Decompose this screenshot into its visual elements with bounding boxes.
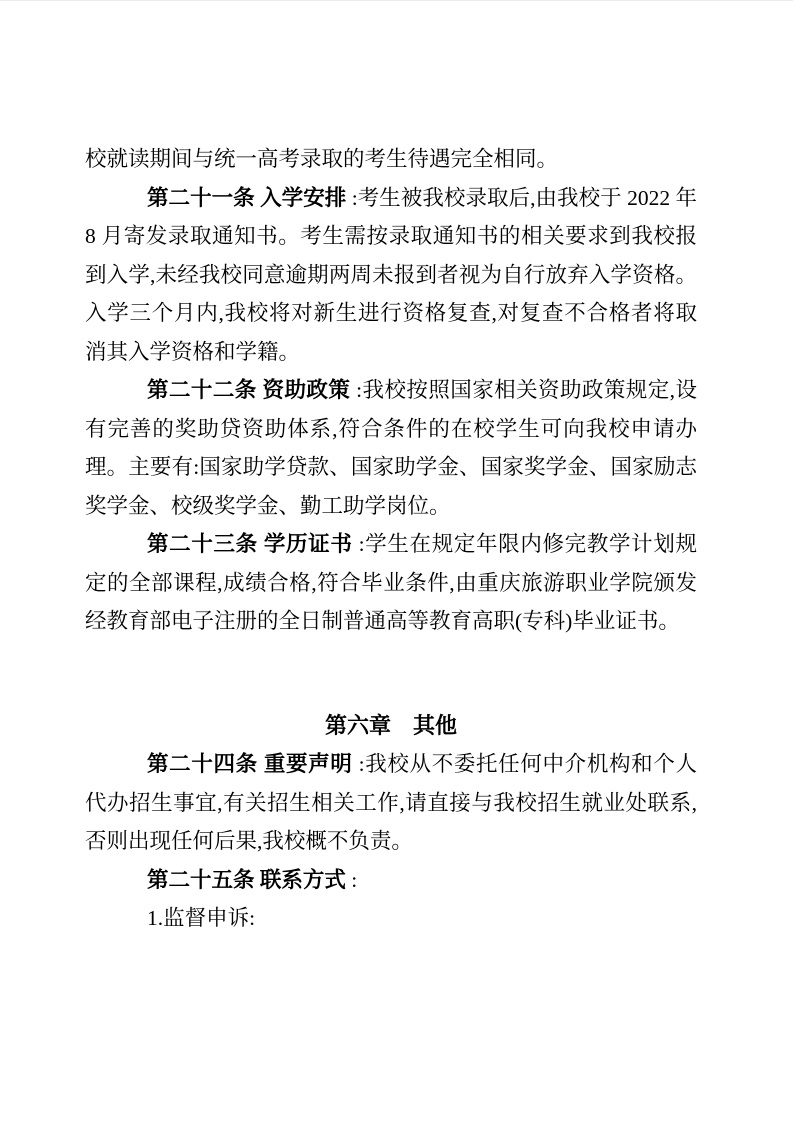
article-21-body: :考生被我校录取后,由我校于 2022 年 8 月寄发录取通知书。考生需按录取通…	[85, 186, 697, 364]
article-22-lead: 第二十二条 资助政策	[147, 378, 350, 402]
continuation-text: 校就读期间与统一高考录取的考生待遇完全相同。	[85, 147, 558, 171]
contact-list-item-paragraph: 1.监督申诉:	[85, 899, 697, 938]
contact-list-item-text: 1.监督申诉:	[147, 906, 255, 930]
chapter-6-heading: 第六章 其他	[85, 707, 697, 746]
page-top-edge	[0, 0, 793, 1]
article-21-lead: 第二十一条 入学安排	[147, 186, 346, 210]
article-24-lead: 第二十四条 重要声明	[147, 752, 353, 776]
article-22-paragraph: 第二十二条 资助政策 :我校按照国家相关资助政策规定,设有完善的奖助贷资助体系,…	[85, 371, 697, 525]
continuation-paragraph: 校就读期间与统一高考录取的考生待遇完全相同。	[85, 140, 697, 179]
article-25-paragraph: 第二十五条 联系方式 :	[85, 861, 697, 900]
document-page: 校就读期间与统一高考录取的考生待遇完全相同。 第二十一条 入学安排 :考生被我校…	[0, 0, 793, 1122]
article-25-body: :	[351, 868, 357, 892]
article-23-lead: 第二十三条 学历证书	[147, 532, 353, 556]
article-21-paragraph: 第二十一条 入学安排 :考生被我校录取后,由我校于 2022 年 8 月寄发录取…	[85, 179, 697, 372]
article-23-paragraph: 第二十三条 学历证书 :学生在规定年限内修完教学计划规定的全部课程,成绩合格,符…	[85, 525, 697, 641]
article-25-lead: 第二十五条 联系方式	[147, 868, 346, 892]
article-24-paragraph: 第二十四条 重要声明 :我校从不委托任何中介机构和个人代办招生事宜,有关招生相关…	[85, 745, 697, 861]
